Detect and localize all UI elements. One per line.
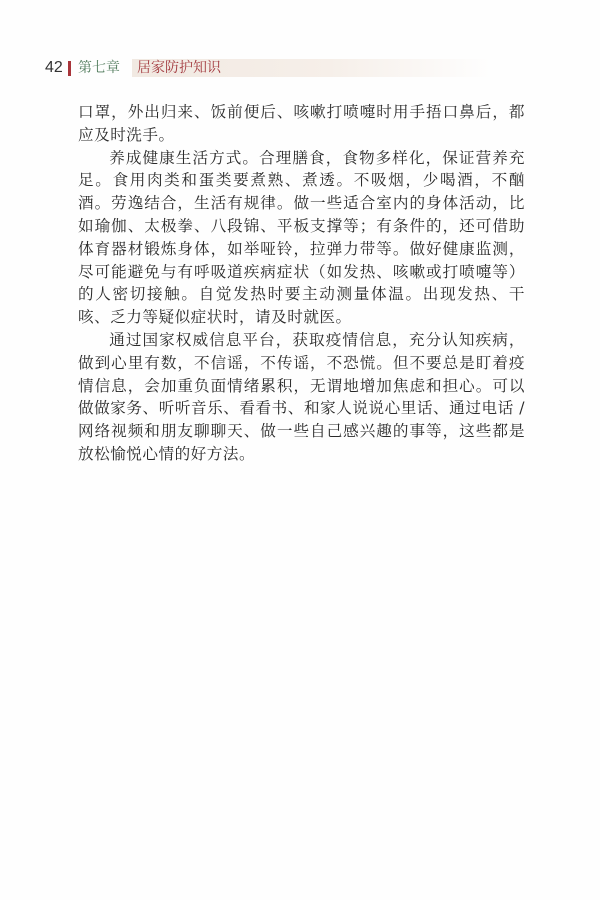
body-text: 口罩，外出归来、饭前便后、咳嗽打喷嚏时用手捂口鼻后，都应及时洗手。 养成健康生活… — [78, 101, 525, 466]
paragraph-1: 口罩，外出归来、饭前便后、咳嗽打喷嚏时用手捂口鼻后，都应及时洗手。 — [78, 101, 525, 147]
header-separator — [68, 61, 71, 76]
chapter-label: 第七章 — [78, 58, 120, 78]
paragraph-2: 养成健康生活方式。合理膳食，食物多样化，保证营养充足。食用肉类和蛋类要煮熟、煮透… — [78, 147, 525, 329]
page-number: 42 — [45, 58, 63, 78]
paragraph-3: 通过国家权威信息平台，获取疫情信息，充分认知疾病，做到心里有数，不信谣，不传谣，… — [78, 329, 525, 466]
section-title: 居家防护知识 — [137, 58, 221, 78]
running-header: 42 第七章 居家防护知识 — [0, 58, 600, 78]
